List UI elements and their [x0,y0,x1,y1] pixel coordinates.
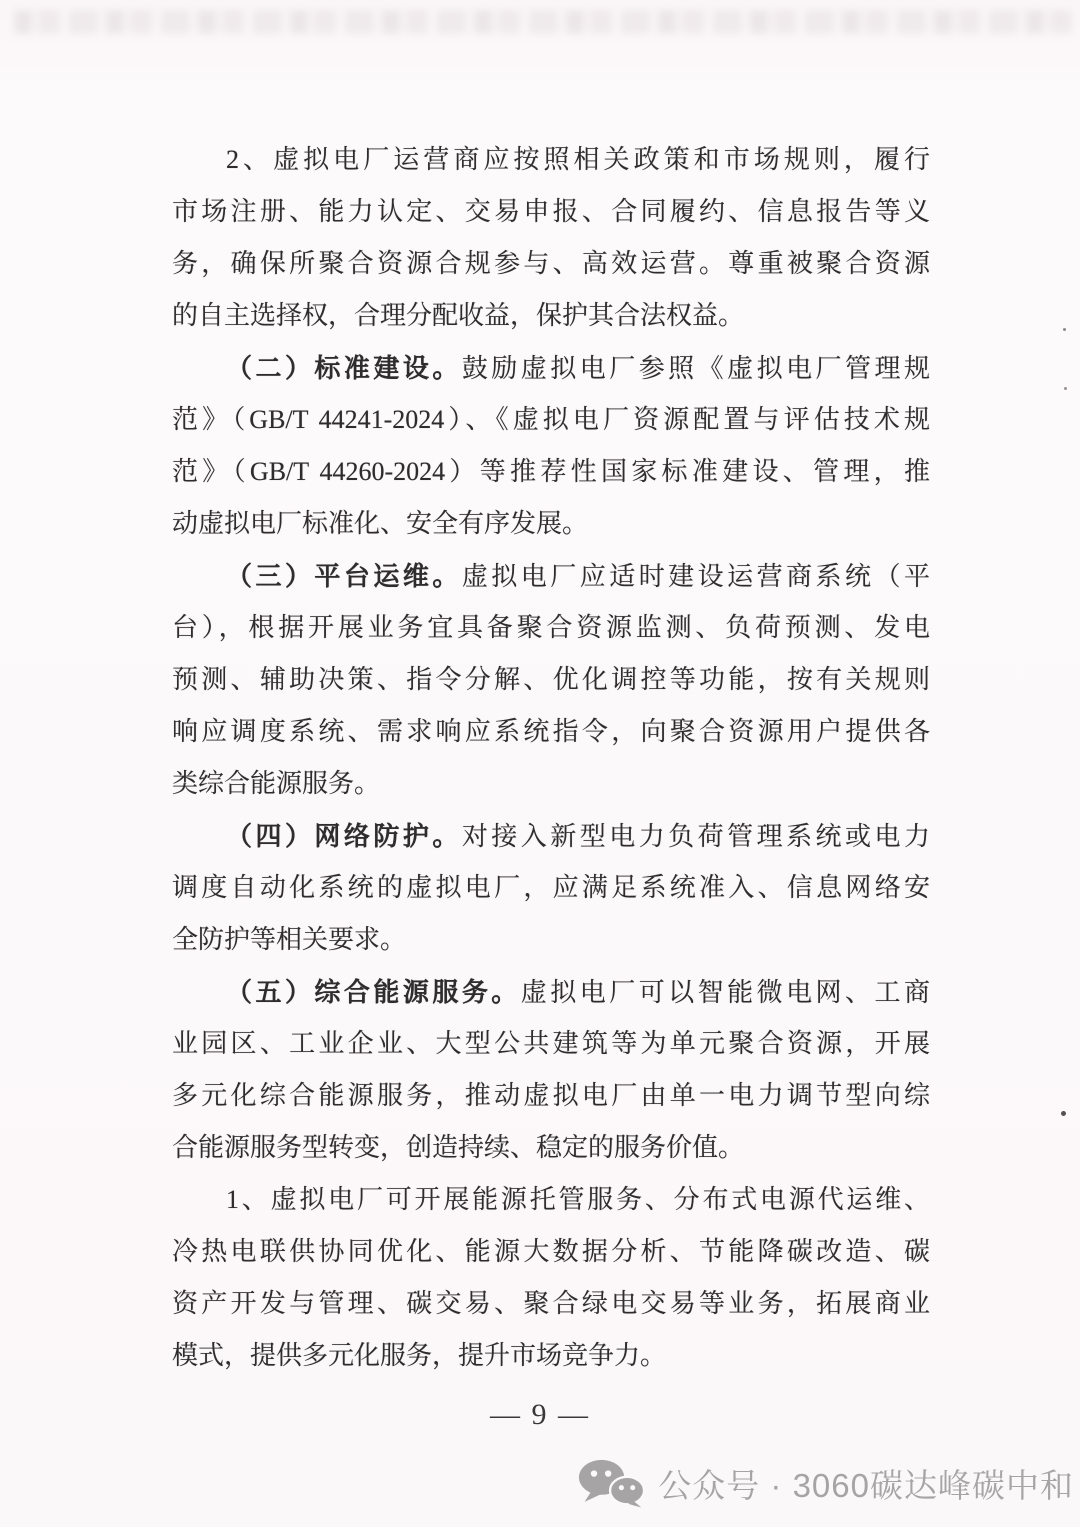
text-segment: 多元化综合能源服务，推动虚拟电厂由单一电力调节型向综 [172,1081,930,1110]
text-segment: 务，确保所聚合资源合规参与、高效运营。尊重被聚合资源 [172,249,930,278]
scan-speck [1063,328,1066,331]
text-line: 多元化综合能源服务，推动虚拟电厂由单一电力调节型向综 [172,1070,930,1122]
page-number: — 9 — [0,1398,1080,1432]
text-line: 范》（GB/T 44241-2024）、《虚拟电厂资源配置与评估技术规 [172,394,930,446]
text-line: 全防护等相关要求。 [172,914,930,966]
text-segment: 动虚拟电厂标准化、安全有序发展。 [172,509,588,538]
section-heading: （三）平台运维。 [226,561,462,591]
section-heading: （二）标准建设。 [226,353,462,383]
text-segment: 市场注册、能力认定、交易申报、合同履约、信息报告等义 [172,197,930,226]
watermark-text: 公众号 · 3060碳达峰碳中和 [658,1460,1074,1507]
text-segment: 冷热电联供协同优化、能源大数据分析、节能降碳改造、碳 [172,1237,930,1266]
text-line: 1、虚拟电厂可开展能源托管服务、分布式电源代运维、 [172,1174,930,1226]
text-line: 合能源服务型转变，创造持续、稳定的服务价值。 [172,1122,930,1174]
text-line: 调度自动化系统的虚拟电厂，应满足系统准入、信息网络安 [172,862,930,914]
text-line: 动虚拟电厂标准化、安全有序发展。 [172,498,930,550]
text-segment: 调度自动化系统的虚拟电厂，应满足系统准入、信息网络安 [172,873,930,902]
text-segment: 1、虚拟电厂可开展能源托管服务、分布式电源代运维、 [226,1185,930,1214]
document-body: 2、虚拟电厂运营商应按照相关政策和市场规则，履行市场注册、能力认定、交易申报、合… [172,134,930,1382]
text-segment: 虚拟电厂应适时建设运营商系统（平 [462,562,930,591]
text-line: 业园区、工业企业、大型公共建筑等为单元聚合资源，开展 [172,1018,930,1070]
paragraph: （四）网络防护。对接入新型电力负荷管理系统或电力调度自动化系统的虚拟电厂，应满足… [172,810,930,966]
text-line: 务，确保所聚合资源合规参与、高效运营。尊重被聚合资源 [172,238,930,290]
text-line: 预测、辅助决策、指令分解、优化调控等功能，按有关规则 [172,654,930,706]
text-line: 类综合能源服务。 [172,758,930,810]
scan-speck [1061,1111,1066,1116]
text-segment: 对接入新型电力负荷管理系统或电力 [462,822,930,851]
text-line: 2、虚拟电厂运营商应按照相关政策和市场规则，履行 [172,134,930,186]
text-segment: 合能源服务型转变，创造持续、稳定的服务价值。 [172,1133,744,1162]
text-segment: 全防护等相关要求。 [172,925,406,954]
text-line: （五）综合能源服务。虚拟电厂可以智能微电网、工商 [172,966,930,1018]
text-line: （二）标准建设。鼓励虚拟电厂参照《虚拟电厂管理规 [172,342,930,394]
text-segment: 的自主选择权，合理分配收益，保护其合法权益。 [172,301,744,330]
text-line: 的自主选择权，合理分配收益，保护其合法权益。 [172,290,930,342]
paragraph: 2、虚拟电厂运营商应按照相关政策和市场规则，履行市场注册、能力认定、交易申报、合… [172,134,930,342]
text-line: 资产开发与管理、碳交易、聚合绿电交易等业务，拓展商业 [172,1278,930,1330]
text-line: 冷热电联供协同优化、能源大数据分析、节能降碳改造、碳 [172,1226,930,1278]
section-heading: （四）网络防护。 [226,821,462,851]
text-segment: 范》（GB/T 44241-2024）、《虚拟电厂资源配置与评估技术规 [172,405,930,434]
text-segment: 资产开发与管理、碳交易、聚合绿电交易等业务，拓展商业 [172,1289,930,1318]
document-page: 2、虚拟电厂运营商应按照相关政策和市场规则，履行市场注册、能力认定、交易申报、合… [0,0,1080,1527]
paragraph: （五）综合能源服务。虚拟电厂可以智能微电网、工商业园区、工业企业、大型公共建筑等… [172,966,930,1174]
text-line: 响应调度系统、需求响应系统指令，向聚合资源用户提供各 [172,706,930,758]
text-segment: 台），根据开展业务宜具备聚合资源监测、负荷预测、发电 [172,613,930,642]
paragraph: （三）平台运维。虚拟电厂应适时建设运营商系统（平台），根据开展业务宜具备聚合资源… [172,550,930,810]
text-line: 范》（GB/T 44260-2024）等推荐性国家标准建设、管理，推 [172,446,930,498]
section-heading: （五）综合能源服务。 [226,977,521,1007]
paragraph: （二）标准建设。鼓励虚拟电厂参照《虚拟电厂管理规范》（GB/T 44241-20… [172,342,930,550]
text-segment: 业园区、工业企业、大型公共建筑等为单元聚合资源，开展 [172,1029,930,1058]
watermark-footer: 公众号 · 3060碳达峰碳中和 [577,1458,1074,1508]
text-line: 台），根据开展业务宜具备聚合资源监测、负荷预测、发电 [172,602,930,654]
wechat-icon [577,1458,645,1508]
scan-speck [1064,387,1067,390]
text-segment: 响应调度系统、需求响应系统指令，向聚合资源用户提供各 [172,717,930,746]
text-line: 市场注册、能力认定、交易申报、合同履约、信息报告等义 [172,186,930,238]
text-line: （三）平台运维。虚拟电厂应适时建设运营商系统（平 [172,550,930,602]
text-segment: 范》（GB/T 44260-2024）等推荐性国家标准建设、管理，推 [172,457,930,486]
text-line: 模式，提供多元化服务，提升市场竞争力。 [172,1330,930,1382]
text-segment: 鼓励虚拟电厂参照《虚拟电厂管理规 [462,354,930,383]
text-segment: 预测、辅助决策、指令分解、优化调控等功能，按有关规则 [172,665,930,694]
text-segment: 模式，提供多元化服务，提升市场竞争力。 [172,1341,666,1370]
text-segment: 2、虚拟电厂运营商应按照相关政策和市场规则，履行 [226,145,930,174]
text-segment: 虚拟电厂可以智能微电网、工商 [521,978,930,1007]
text-segment: 类综合能源服务。 [172,769,380,798]
faded-header-artifact [14,10,1072,34]
text-line: （四）网络防护。对接入新型电力负荷管理系统或电力 [172,810,930,862]
paragraph: 1、虚拟电厂可开展能源托管服务、分布式电源代运维、冷热电联供协同优化、能源大数据… [172,1174,930,1382]
